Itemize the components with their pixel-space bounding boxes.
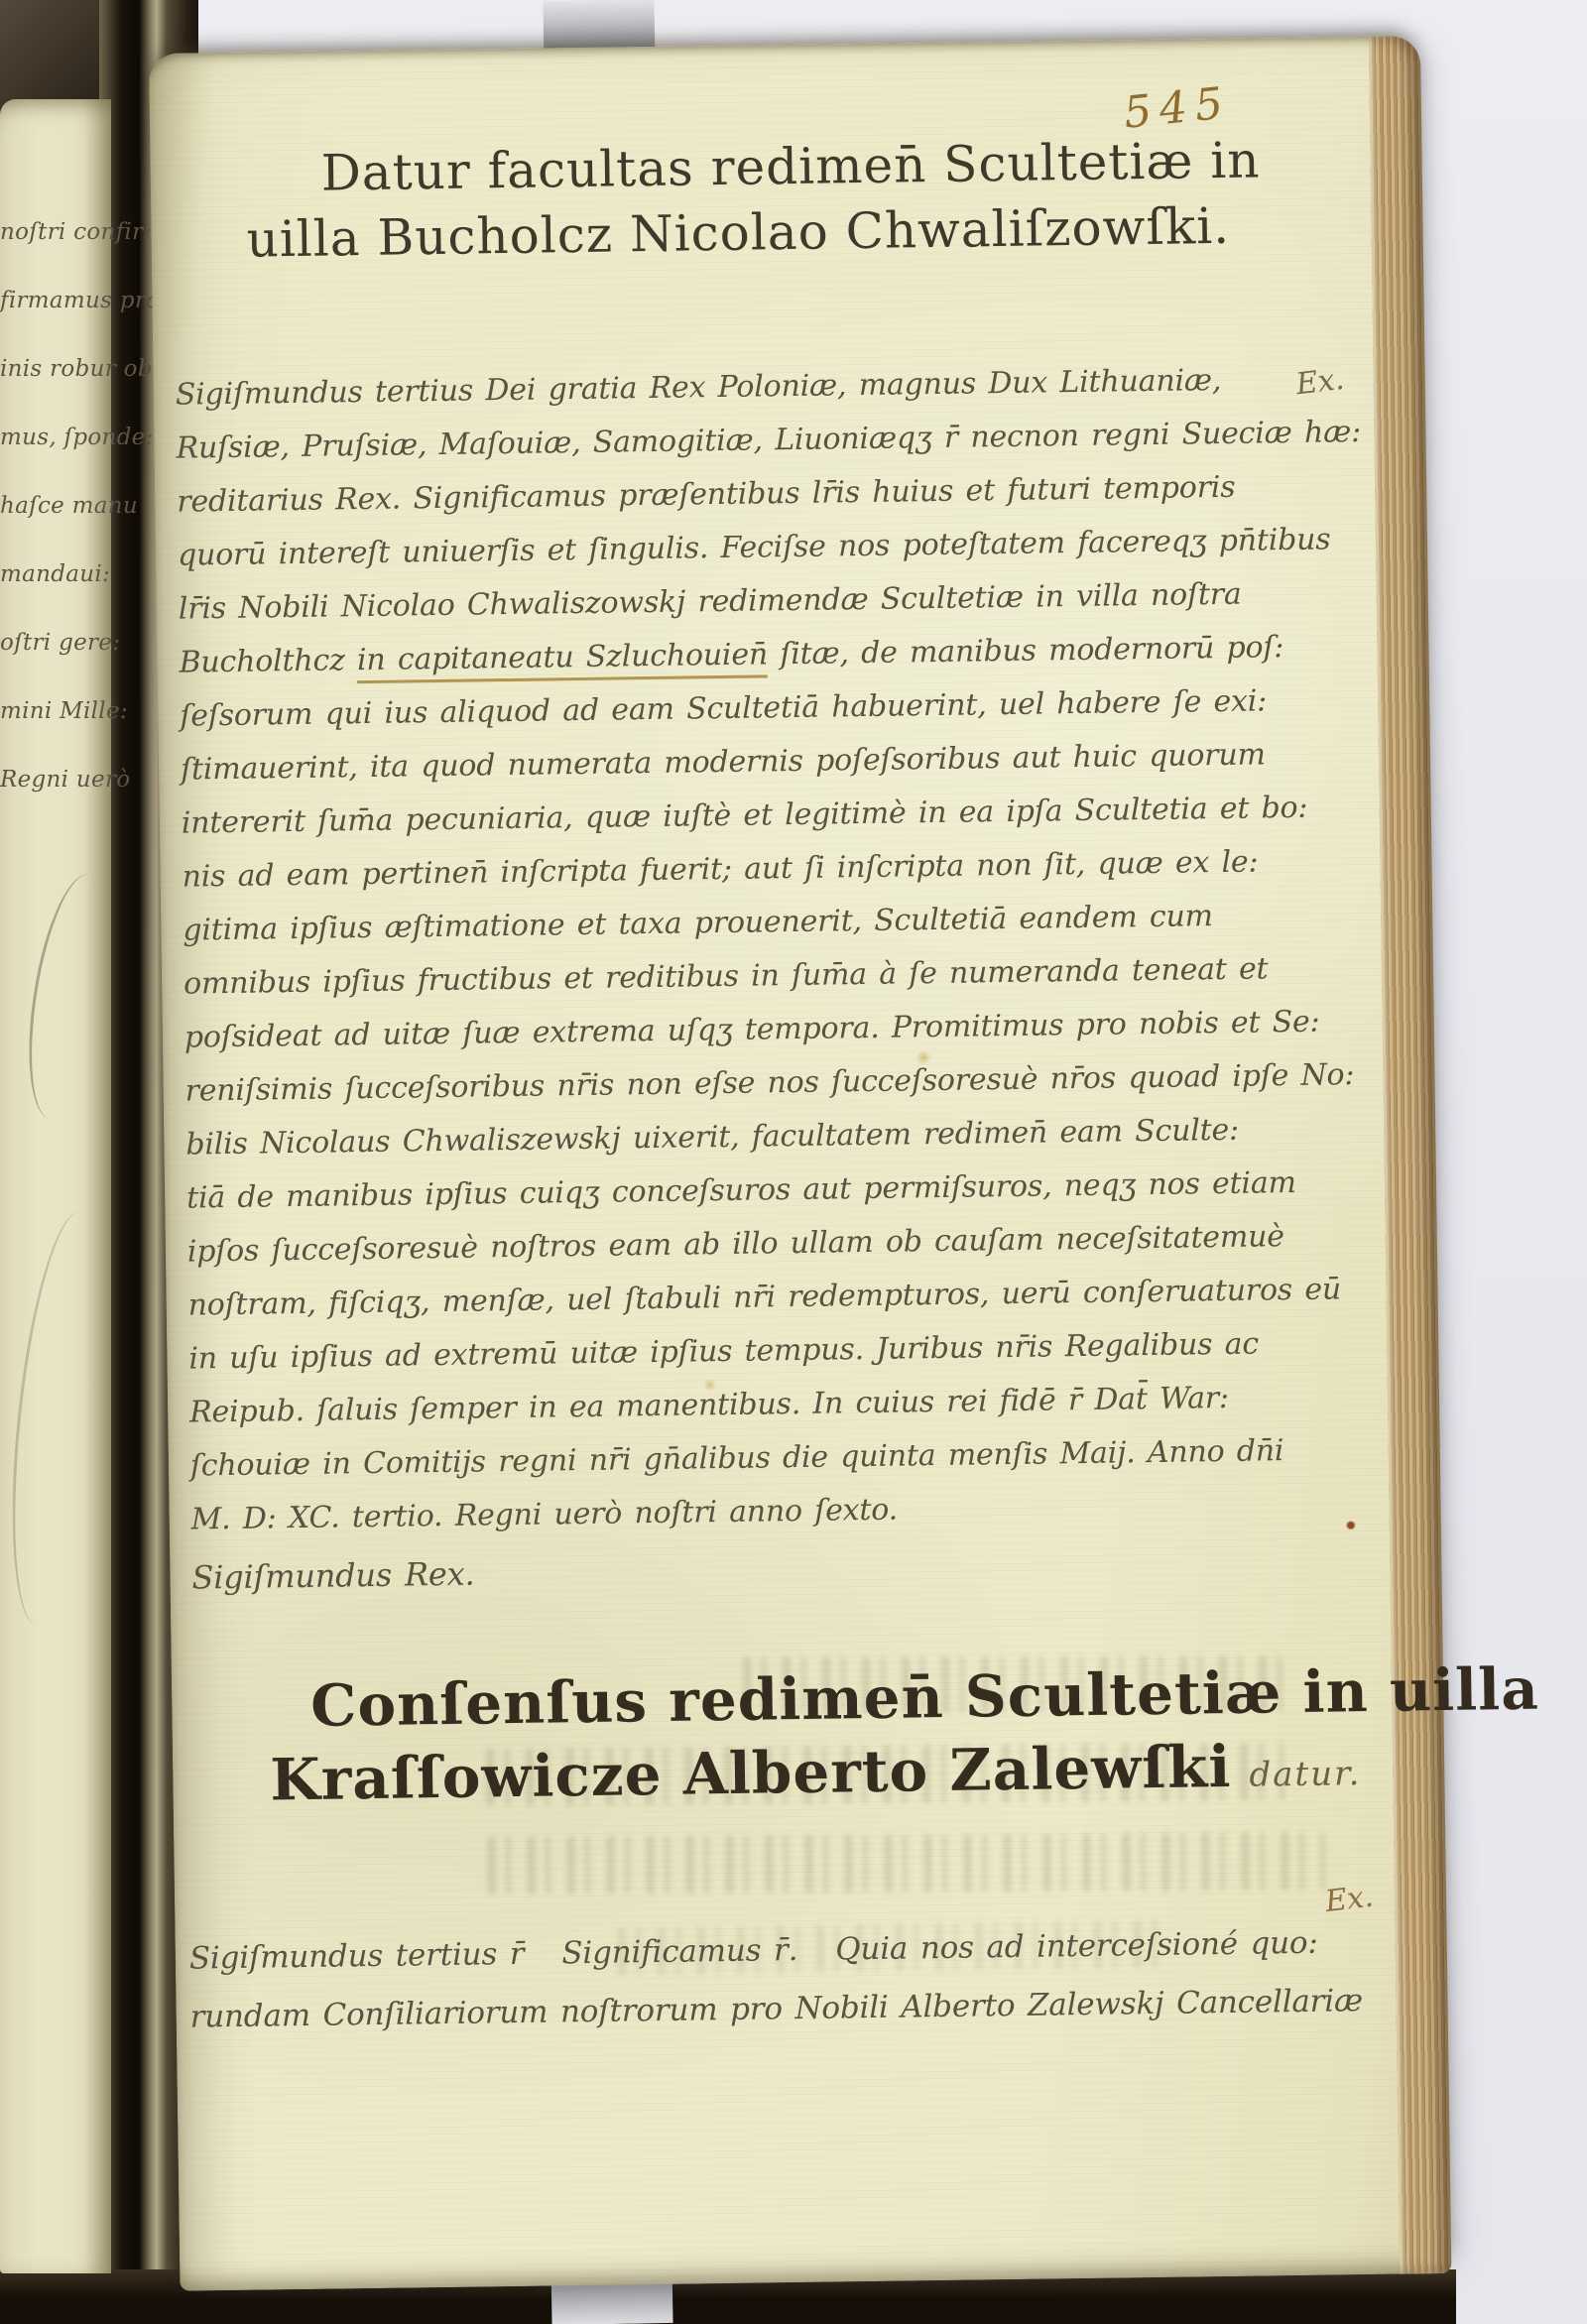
entry2-heading-line2: Kraſſowicze Alberto Zalewſkidatur.: [270, 1730, 1445, 1814]
book-scan: noſtri confir:firmamus præ:inis robur ob…: [0, 0, 1587, 2324]
pen-flourish: [0, 1207, 122, 1630]
text-fragment: noſtri confir:: [0, 198, 107, 267]
entry2-heading: Conſenſus redimen̄ Scultetiæ in uilla Kr…: [172, 1656, 1445, 1815]
text-fragment: Regni uerò: [0, 746, 107, 814]
text-fragment: firmamus præ:: [0, 267, 107, 335]
text-fragment: mini Mille:: [0, 677, 107, 746]
text-fragment: mandaui:: [0, 541, 107, 609]
previous-page-text-fragments: noſtri confir:firmamus præ:inis robur ob…: [0, 198, 107, 814]
entry2-body-text: Sigiſmundus tertius r̄ Significamus r̄. …: [188, 1913, 1387, 2047]
entry2-heading-line1: Conſenſus redimen̄ Scultetiæ in uilla: [310, 1656, 1444, 1740]
text-fragment: oſtri gere:: [0, 609, 107, 677]
text-fragment: haſce manu: [0, 472, 107, 541]
text-fragment: inis robur ob:: [0, 335, 107, 404]
entry2-heading-suffix: datur.: [1249, 1754, 1361, 1795]
manuscript-page: 545 Datur facultas redimen̄ Scultetiæ in…: [149, 36, 1451, 2291]
entry1-heading-line2: uilla Bucholcz Nicolao Chwaliſzowſki.: [246, 194, 1423, 269]
entry1-heading: Datur facultas redimen̄ Scultetiæ in uil…: [150, 129, 1423, 270]
manuscript-line: Sigiſmundus Rex.: [191, 1534, 1381, 1605]
previous-page-edge: noſtri confir:firmamus præ:inis robur ob…: [0, 99, 111, 2273]
pen-flourish: [15, 869, 125, 1125]
text-fragment: mus, ſponde:: [0, 404, 107, 472]
entry1-heading-line1: Datur facultas redimen̄ Scultetiæ in: [320, 129, 1422, 201]
verso-showthrough: [471, 1832, 1324, 1895]
page-number: 545: [1122, 77, 1234, 139]
entry1-body-text: Sigiſmundus tertius Dei gratia Rex Polon…: [175, 352, 1380, 1605]
